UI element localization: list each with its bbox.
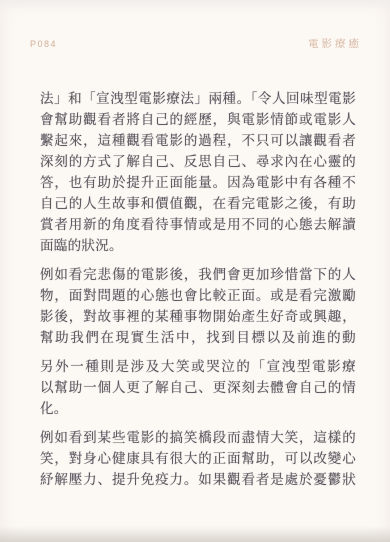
paragraph-3: 另外一種則是涉及大笑或哭泣的「宣洩型電影療法」，可 以幫助一個人更了解自己、更深… xyxy=(40,356,356,419)
chapter-title: 電影療癒 xyxy=(308,36,362,51)
body-text: 法」和「宣洩型電影療法」兩種。「令人回味型電影療法」 會幫助觀看者將自己的經歷，… xyxy=(40,88,356,498)
paragraph-1: 法」和「宣洩型電影療法」兩種。「令人回味型電影療法」 會幫助觀看者將自己的經歷，… xyxy=(40,88,356,256)
text-line: 物，面對問題的心態也會比較正面。或是看完激勵的電 xyxy=(40,285,356,306)
text-line: 幫助我們在現實生活中，找到目標以及前進的動力。 xyxy=(40,327,356,348)
text-line: 會幫助觀看者將自己的經歷，與電影情節或電影人物聯 xyxy=(40,109,356,130)
paragraph-4: 例如看到某些電影的搞笑橋段而盡情大笑，這樣的大 笑，對身心健康具有很大的正面幫助… xyxy=(40,427,356,490)
text-line: 自己的人生故事和價值觀，在看完電影之後，有助於觀 xyxy=(40,193,356,214)
paragraph-2: 例如看完悲傷的電影後，我們會更加珍惜當下的人事 物，面對問題的心態也會比較正面。… xyxy=(40,264,356,348)
page-number: P084 xyxy=(30,39,57,49)
text-line: 例如看到某些電影的搞笑橋段而盡情大笑，這樣的大 xyxy=(40,427,356,448)
text-line: 答，也有助於提升正面能量。因為電影中有各種不同於 xyxy=(40,172,356,193)
text-line: 法」和「宣洩型電影療法」兩種。「令人回味型電影療法」 xyxy=(40,88,356,109)
text-line: 賞者用新的角度看待事情或是用不同的心態去解讀當下 xyxy=(40,214,356,235)
scanned-book-page: P084 電影療癒 法」和「宣洩型電影療法」兩種。「令人回味型電影療法」 會幫助… xyxy=(0,0,390,542)
text-line: 深刻的方式了解自己、反思自己、尋求內在心靈的解 xyxy=(40,151,356,172)
text-line: 以幫助一個人更了解自己、更深刻去體會自己的情緒變 xyxy=(40,377,356,398)
text-line: 笑，對身心健康具有很大的正面幫助，可以改變心情、 xyxy=(40,448,356,469)
text-line: 面臨的狀況。 xyxy=(40,235,356,256)
text-line: 繫起來，這種觀看電影的過程，不只可以讓觀看者以更 xyxy=(40,130,356,151)
text-line: 紓解壓力、提升免疫力。如果觀看者是處於憂鬱狀態， xyxy=(40,469,356,490)
text-line: 例如看完悲傷的電影後，我們會更加珍惜當下的人事 xyxy=(40,264,356,285)
text-line: 另外一種則是涉及大笑或哭泣的「宣洩型電影療法」，可 xyxy=(40,356,356,377)
page-header: P084 電影療癒 xyxy=(30,36,362,51)
text-line: 影後，對故事裡的某種事物開始產生好奇或興趣，進而 xyxy=(40,306,356,327)
text-line: 化。 xyxy=(40,398,356,419)
